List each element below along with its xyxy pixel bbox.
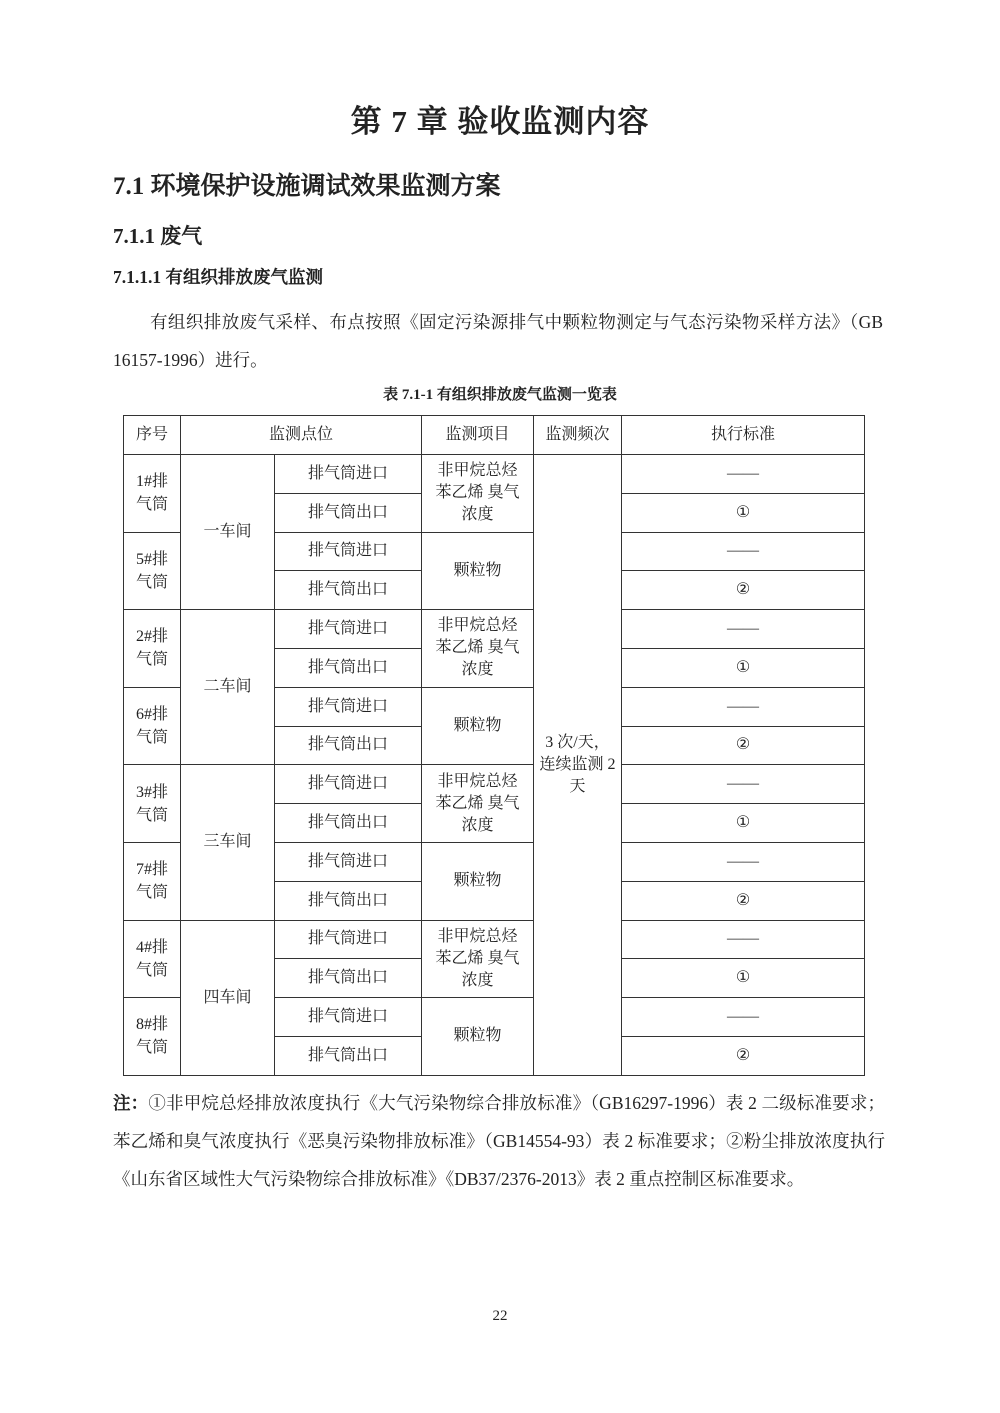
header-cell: 执行标准 xyxy=(622,416,865,455)
stack-id-cell: 6#排气筒 xyxy=(124,687,181,765)
monitoring-point-cell: 排气筒进口 xyxy=(275,455,422,494)
monitoring-item-cell: 颗粒物 xyxy=(422,532,534,610)
standard-cell: —— xyxy=(622,532,865,571)
stack-id-cell: 8#排气筒 xyxy=(124,998,181,1076)
stack-id-cell: 3#排气筒 xyxy=(124,765,181,843)
stack-id: 7#排气筒 xyxy=(132,858,172,904)
standard-cell: ② xyxy=(622,1036,865,1075)
table-row: 1#排气筒一车间排气筒进口非甲烷总烃 苯乙烯 臭气浓度3 次/天，连续监测 2 … xyxy=(124,455,865,494)
monitoring-point-cell: 排气筒进口 xyxy=(275,532,422,571)
stack-id: 3#排气筒 xyxy=(132,781,172,827)
table-row: 2#排气筒二车间排气筒进口非甲烷总烃 苯乙烯 臭气浓度—— xyxy=(124,610,865,649)
monitoring-point-cell: 排气筒进口 xyxy=(275,842,422,881)
header-cell: 序号 xyxy=(124,416,181,455)
monitoring-item: 非甲烷总烃 苯乙烯 臭气浓度 xyxy=(436,460,520,526)
workshop-cell: 一车间 xyxy=(181,455,275,610)
monitoring-point-cell: 排气筒进口 xyxy=(275,765,422,804)
stack-id: 2#排气筒 xyxy=(132,625,172,671)
notes-text: ①非甲烷总烃排放浓度执行《大气污染物综合排放标准》（GB16297-1996）表… xyxy=(113,1093,885,1189)
monitoring-item-cell: 颗粒物 xyxy=(422,842,534,920)
stack-id: 4#排气筒 xyxy=(132,936,172,982)
monitoring-item-cell: 非甲烷总烃 苯乙烯 臭气浓度 xyxy=(422,610,534,688)
monitoring-item-cell: 非甲烷总烃 苯乙烯 臭气浓度 xyxy=(422,920,534,998)
workshop-cell: 四车间 xyxy=(181,920,275,1075)
monitoring-item: 颗粒物 xyxy=(436,870,520,892)
standard-cell: ① xyxy=(622,959,865,998)
stack-id-cell: 4#排气筒 xyxy=(124,920,181,998)
standard-cell: ① xyxy=(622,648,865,687)
monitoring-item: 颗粒物 xyxy=(436,715,520,737)
stack-id-cell: 2#排气筒 xyxy=(124,610,181,688)
table-row: 4#排气筒四车间排气筒进口非甲烷总烃 苯乙烯 臭气浓度—— xyxy=(124,920,865,959)
monitoring-point-cell: 排气筒出口 xyxy=(275,648,422,687)
standard-cell: —— xyxy=(622,998,865,1037)
standard-cell: —— xyxy=(622,920,865,959)
standard-cell: ① xyxy=(622,493,865,532)
monitoring-point-cell: 排气筒出口 xyxy=(275,1036,422,1075)
page-number: 22 xyxy=(0,1308,1000,1325)
stack-id-cell: 7#排气筒 xyxy=(124,842,181,920)
standard-cell: —— xyxy=(622,455,865,494)
section-heading: 7.1 环境保护设施调试效果监测方案 xyxy=(113,166,501,202)
header-cell: 监测项目 xyxy=(422,416,534,455)
monitoring-point-cell: 排气筒进口 xyxy=(275,920,422,959)
monitoring-item-cell: 颗粒物 xyxy=(422,687,534,765)
monitoring-point-cell: 排气筒出口 xyxy=(275,881,422,920)
monitoring-item: 颗粒物 xyxy=(436,1025,520,1047)
standard-cell: ② xyxy=(622,881,865,920)
frequency: 3 次/天，连续监测 2 天 xyxy=(539,732,617,798)
monitoring-point-cell: 排气筒进口 xyxy=(275,998,422,1037)
subsection-heading: 7.1.1 废气 xyxy=(113,220,202,250)
table-notes: 注：①非甲烷总烃排放浓度执行《大气污染物综合排放标准》（GB16297-1996… xyxy=(113,1084,885,1198)
table-caption: 表 7.1-1 有组织排放废气监测一览表 xyxy=(0,383,1000,404)
chapter-title: 第 7 章 验收监测内容 xyxy=(0,96,1000,141)
stack-id-cell: 5#排气筒 xyxy=(124,532,181,610)
monitoring-table: 序号 监测点位 监测项目 监测频次 执行标准 1#排气筒一车间排气筒进口非甲烷总… xyxy=(123,415,865,1076)
standard-cell: ② xyxy=(622,571,865,610)
table-header-row: 序号 监测点位 监测项目 监测频次 执行标准 xyxy=(124,416,865,455)
header-cell: 监测频次 xyxy=(534,416,622,455)
monitoring-item: 非甲烷总烃 苯乙烯 臭气浓度 xyxy=(436,926,520,992)
standard-cell: —— xyxy=(622,610,865,649)
standard-cell: ① xyxy=(622,804,865,843)
monitoring-point-cell: 排气筒出口 xyxy=(275,804,422,843)
monitoring-item: 非甲烷总烃 苯乙烯 臭气浓度 xyxy=(436,615,520,681)
header-cell: 监测点位 xyxy=(181,416,422,455)
table-body: 1#排气筒一车间排气筒进口非甲烷总烃 苯乙烯 臭气浓度3 次/天，连续监测 2 … xyxy=(124,455,865,1076)
standard-cell: —— xyxy=(622,842,865,881)
monitoring-point-cell: 排气筒出口 xyxy=(275,959,422,998)
monitoring-point-cell: 排气筒出口 xyxy=(275,493,422,532)
standard-cell: —— xyxy=(622,687,865,726)
stack-id: 5#排气筒 xyxy=(132,548,172,594)
standard-cell: —— xyxy=(622,765,865,804)
standard-cell: ② xyxy=(622,726,865,765)
monitoring-item: 颗粒物 xyxy=(436,560,520,582)
workshop-cell: 三车间 xyxy=(181,765,275,920)
monitoring-point-cell: 排气筒进口 xyxy=(275,687,422,726)
intro-paragraph: 有组织排放废气采样、布点按照《固定污染源排气中颗粒物测定与气态污染物采样方法》（… xyxy=(113,303,883,379)
frequency-cell: 3 次/天，连续监测 2 天 xyxy=(534,455,622,1076)
stack-id-cell: 1#排气筒 xyxy=(124,455,181,533)
monitoring-point-cell: 排气筒出口 xyxy=(275,726,422,765)
monitoring-item-cell: 非甲烷总烃 苯乙烯 臭气浓度 xyxy=(422,455,534,533)
stack-id: 8#排气筒 xyxy=(132,1013,172,1059)
monitoring-point-cell: 排气筒进口 xyxy=(275,610,422,649)
monitoring-point-cell: 排气筒出口 xyxy=(275,571,422,610)
notes-label: 注： xyxy=(113,1093,148,1113)
monitoring-item-cell: 颗粒物 xyxy=(422,998,534,1076)
monitoring-item: 非甲烷总烃 苯乙烯 臭气浓度 xyxy=(436,771,520,837)
monitoring-item-cell: 非甲烷总烃 苯乙烯 臭气浓度 xyxy=(422,765,534,843)
table-row: 3#排气筒三车间排气筒进口非甲烷总烃 苯乙烯 臭气浓度—— xyxy=(124,765,865,804)
workshop-cell: 二车间 xyxy=(181,610,275,765)
subsubsection-heading: 7.1.1.1 有组织排放废气监测 xyxy=(113,264,323,289)
stack-id: 6#排气筒 xyxy=(132,703,172,749)
stack-id: 1#排气筒 xyxy=(132,470,172,516)
